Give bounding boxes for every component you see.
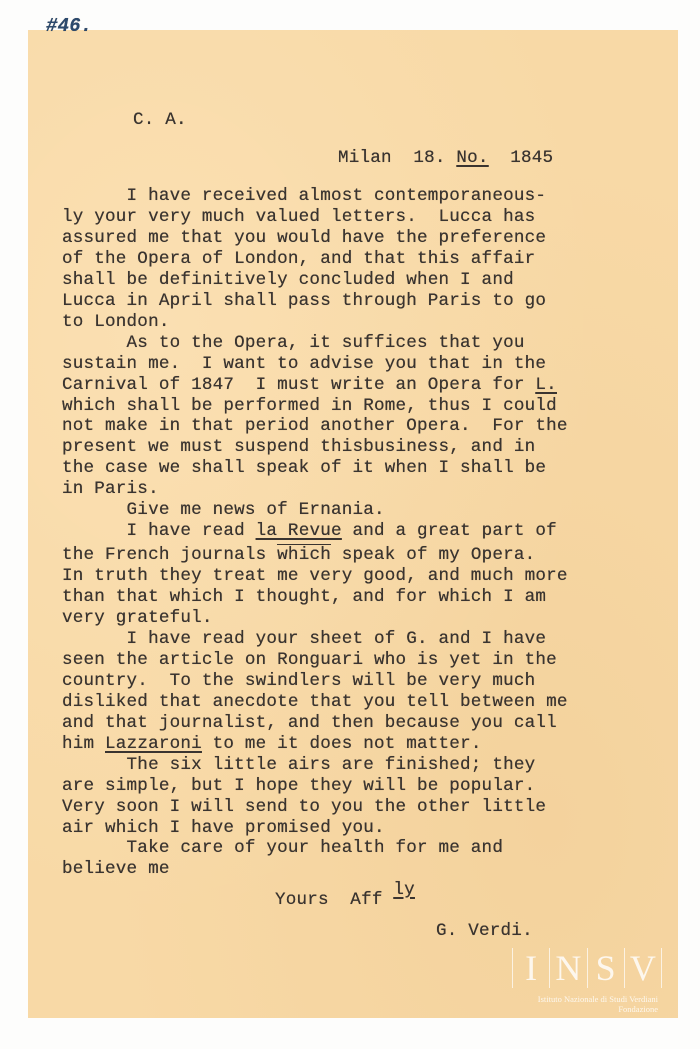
- body-line-text: I have read: [62, 521, 256, 541]
- underlined-text: Lazzaroni: [105, 734, 202, 754]
- recipient: C. A.: [133, 110, 187, 131]
- body-line: believe me: [62, 859, 170, 880]
- body-line-text: are simple, but I hope they will be popu…: [62, 776, 535, 796]
- underlined-text: which: [277, 545, 331, 565]
- body-line: sustain me. I want to advise you that in…: [62, 354, 546, 375]
- body-line: him Lazzaroni to me it does not matter.: [62, 734, 482, 755]
- body-line: and that journalist, and then because yo…: [62, 713, 557, 734]
- body-line-text: disliked that anecdote that you tell bet…: [62, 692, 568, 712]
- underlined-text: la Revue: [256, 521, 342, 541]
- underlined-text: to me it does not matter.: [202, 734, 482, 754]
- body-line: assured me that you would have the prefe…: [62, 228, 546, 249]
- body-line: shall be definitively concluded when I a…: [62, 270, 514, 291]
- body-line: The six little airs are finished; they: [62, 755, 535, 776]
- logo-institute-name: Istituto Nazionale di Studi Verdiani: [512, 994, 662, 1004]
- body-line: in Paris.: [62, 479, 159, 500]
- body-line: than that which I thought, and for which…: [62, 587, 546, 608]
- underlined-text: L.: [535, 375, 557, 395]
- body-line: Lucca in April shall pass through Paris …: [62, 291, 546, 312]
- underlined-text: speak of my Opera.: [331, 545, 535, 565]
- logo-letter: N: [549, 948, 586, 988]
- closing-text: Yours Aff: [275, 890, 393, 910]
- body-line-text: not make in that period another Opera. F…: [62, 416, 568, 436]
- body-line-text: sustain me. I want to advise you that in…: [62, 354, 546, 374]
- body-line-text: Lucca in April shall pass through Paris …: [62, 291, 546, 311]
- signature: G. Verdi.: [436, 921, 533, 942]
- body-line-text: In truth they treat me very good, and mu…: [62, 566, 568, 586]
- document-number: #46.: [46, 16, 92, 37]
- body-line-text: As to the Opera, it suffices that you: [62, 333, 525, 353]
- body-line: of the Opera of London, and that this af…: [62, 249, 535, 270]
- body-line: Very soon I will send to you the other l…: [62, 797, 546, 818]
- body-line: As to the Opera, it suffices that you: [62, 333, 525, 354]
- body-line-text: and that journalist, and then because yo…: [62, 713, 557, 733]
- body-line: ly your very much valued letters. Lucca …: [62, 207, 535, 228]
- body-line-text: assured me that you would have the prefe…: [62, 228, 546, 248]
- body-line: In truth they treat me very good, and mu…: [62, 566, 568, 587]
- body-line-text: Give me news of Ernania.: [62, 500, 385, 520]
- body-line-text: of the Opera of London, and that this af…: [62, 249, 535, 269]
- body-line-text: the French journals: [62, 545, 277, 565]
- body-line: country. To the swindlers will be very m…: [62, 671, 535, 692]
- body-line-text: which shall be performed in Rome, thus I…: [62, 396, 557, 416]
- closing-superscript: ly: [393, 880, 415, 900]
- body-line-text: Carnival of 1847 I must write an Opera f…: [62, 375, 535, 395]
- body-line-text: I have received almost contemporaneous-: [62, 186, 546, 206]
- body-line-text: than that which I thought, and for which…: [62, 587, 546, 607]
- body-line: Take care of your health for me and: [62, 838, 503, 859]
- body-line: disliked that anecdote that you tell bet…: [62, 692, 568, 713]
- body-line-text: in Paris.: [62, 479, 159, 499]
- place-date: Milan 18. No. 1845: [338, 148, 553, 169]
- place: Milan: [338, 148, 392, 168]
- body-line: air which I have promised you.: [62, 818, 385, 839]
- body-line-text: him: [62, 734, 105, 754]
- body-line-text: seen the article on Ronguari who is yet …: [62, 650, 557, 670]
- body-line-text: Very soon I will send to you the other l…: [62, 797, 546, 817]
- body-line: I have read your sheet of G. and I have: [62, 629, 546, 650]
- body-line-text: The six little airs are finished; they: [62, 755, 535, 775]
- body-line-text: shall be definitively concluded when I a…: [62, 270, 514, 290]
- body-line-text: air which I have promised you.: [62, 818, 385, 838]
- body-line: are simple, but I hope they will be popu…: [62, 776, 535, 797]
- body-line: Carnival of 1847 I must write an Opera f…: [62, 375, 557, 396]
- body-line: Give me news of Ernania.: [62, 500, 385, 521]
- body-line-text: present we must suspend thisbusiness, an…: [62, 437, 535, 457]
- body-line-text: Take care of your health for me and: [62, 838, 503, 858]
- body-line-text: believe me: [62, 859, 170, 879]
- body-line-text: country. To the swindlers will be very m…: [62, 671, 535, 691]
- body-line: the case we shall speak of it when I sha…: [62, 458, 546, 479]
- logo-foundation: Fondazione: [512, 1004, 662, 1014]
- logo-letter: S: [587, 948, 624, 988]
- closing: Yours Aff ly: [275, 890, 415, 911]
- insv-watermark-logo: I N S V Istituto Nazionale di Studi Verd…: [512, 948, 662, 1016]
- body-line-text: ly your very much valued letters. Lucca …: [62, 207, 535, 227]
- body-line-text: to London.: [62, 312, 170, 332]
- logo-letters: I N S V: [512, 948, 662, 988]
- day: 18.: [413, 148, 445, 168]
- body-line: I have read la Revue and a great part of: [62, 521, 557, 542]
- logo-letter: I: [512, 948, 549, 988]
- body-line: which shall be performed in Rome, thus I…: [62, 396, 557, 417]
- body-line: the French journals which speak of my Op…: [62, 545, 535, 566]
- logo-letter: V: [624, 948, 662, 988]
- month: No.: [456, 148, 488, 168]
- body-line: seen the article on Ronguari who is yet …: [62, 650, 557, 671]
- body-line-text: the case we shall speak of it when I sha…: [62, 458, 546, 478]
- body-line: not make in that period another Opera. F…: [62, 416, 568, 437]
- body-line: to London.: [62, 312, 170, 333]
- underlined-text: and a great part of: [342, 521, 557, 541]
- body-line: very grateful.: [62, 608, 213, 629]
- year: 1845: [510, 148, 553, 168]
- body-line-text: very grateful.: [62, 608, 213, 628]
- body-line-text: I have read your sheet of G. and I have: [62, 629, 546, 649]
- body-line: present we must suspend thisbusiness, an…: [62, 437, 535, 458]
- body-line: I have received almost contemporaneous-: [62, 186, 546, 207]
